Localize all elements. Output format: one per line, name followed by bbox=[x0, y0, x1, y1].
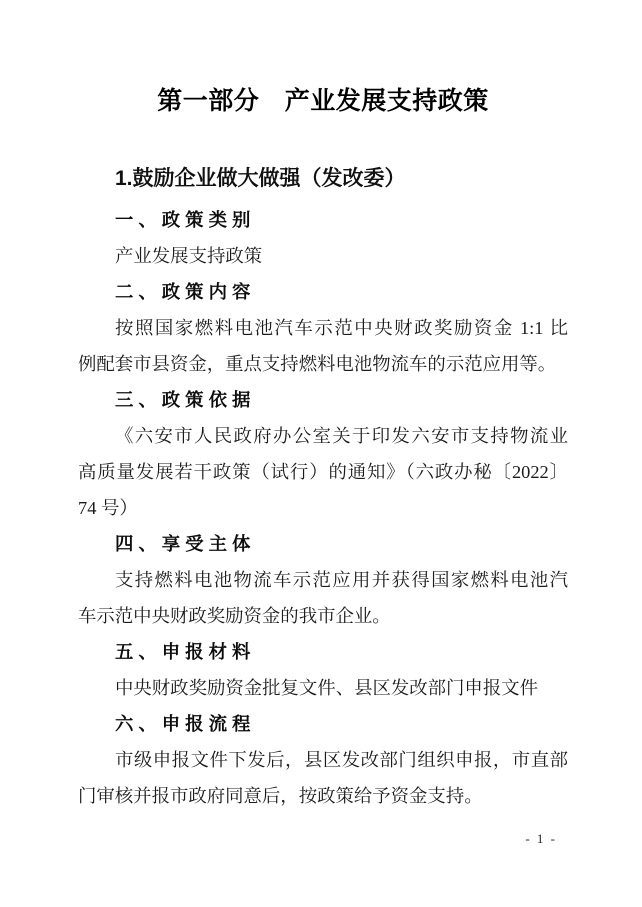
paragraph-line: 74 号） bbox=[78, 490, 568, 526]
paragraph: 市级申报文件下发后，县区发改部门组织申报，市直部门审核并报市政府同意后，按政策给… bbox=[78, 742, 568, 814]
paragraph-line: 车示范中央财政奖励资金的我市企业。 bbox=[78, 598, 568, 634]
document-heading: 三、政策依据 bbox=[78, 382, 568, 418]
document-subtitle: 1.鼓励企业做大做强（发改委） bbox=[78, 162, 568, 196]
paragraph-line: 产业发展支持政策 bbox=[78, 238, 568, 274]
document-title: 第一部分 产业发展支持政策 bbox=[78, 84, 568, 120]
paragraph: 按照国家燃料电池汽车示范中央财政奖励资金 1:1 比例配套市县资金，重点支持燃料… bbox=[78, 310, 568, 382]
paragraph: 中央财政奖励资金批复文件、县区发改部门申报文件 bbox=[78, 670, 568, 706]
paragraph-line: 门审核并报市政府同意后，按政策给予资金支持。 bbox=[78, 778, 568, 814]
document-heading: 五、申报材料 bbox=[78, 634, 568, 670]
document-heading: 四、享受主体 bbox=[78, 526, 568, 562]
paragraph: 支持燃料电池物流车示范应用并获得国家燃料电池汽车示范中央财政奖励资金的我市企业。 bbox=[78, 562, 568, 634]
document-heading: 一、政策类别 bbox=[78, 202, 568, 238]
document-page: 第一部分 产业发展支持政策1.鼓励企业做大做强（发改委）一、政策类别产业发展支持… bbox=[0, 0, 642, 907]
paragraph: 《六安市人民政府办公室关于印发六安市支持物流业高质量发展若干政策（试行）的通知》… bbox=[78, 418, 568, 526]
paragraph-line: 《六安市人民政府办公室关于印发六安市支持物流业 bbox=[78, 418, 568, 454]
document-heading: 六、申报流程 bbox=[78, 706, 568, 742]
paragraph-line: 市级申报文件下发后，县区发改部门组织申报，市直部 bbox=[78, 742, 568, 778]
paragraph-line: 支持燃料电池物流车示范应用并获得国家燃料电池汽 bbox=[78, 562, 568, 598]
page-number: - 1 - bbox=[0, 831, 642, 847]
document-body: 第一部分 产业发展支持政策1.鼓励企业做大做强（发改委）一、政策类别产业发展支持… bbox=[78, 0, 568, 814]
paragraph-line: 高质量发展若干政策（试行）的通知》（六政办秘〔2022〕 bbox=[78, 454, 568, 490]
paragraph-line: 中央财政奖励资金批复文件、县区发改部门申报文件 bbox=[78, 670, 568, 706]
paragraph-line: 例配套市县资金，重点支持燃料电池物流车的示范应用等。 bbox=[78, 346, 568, 382]
paragraph-line: 按照国家燃料电池汽车示范中央财政奖励资金 1:1 比 bbox=[78, 310, 568, 346]
paragraph: 产业发展支持政策 bbox=[78, 238, 568, 274]
document-heading: 二、政策内容 bbox=[78, 274, 568, 310]
